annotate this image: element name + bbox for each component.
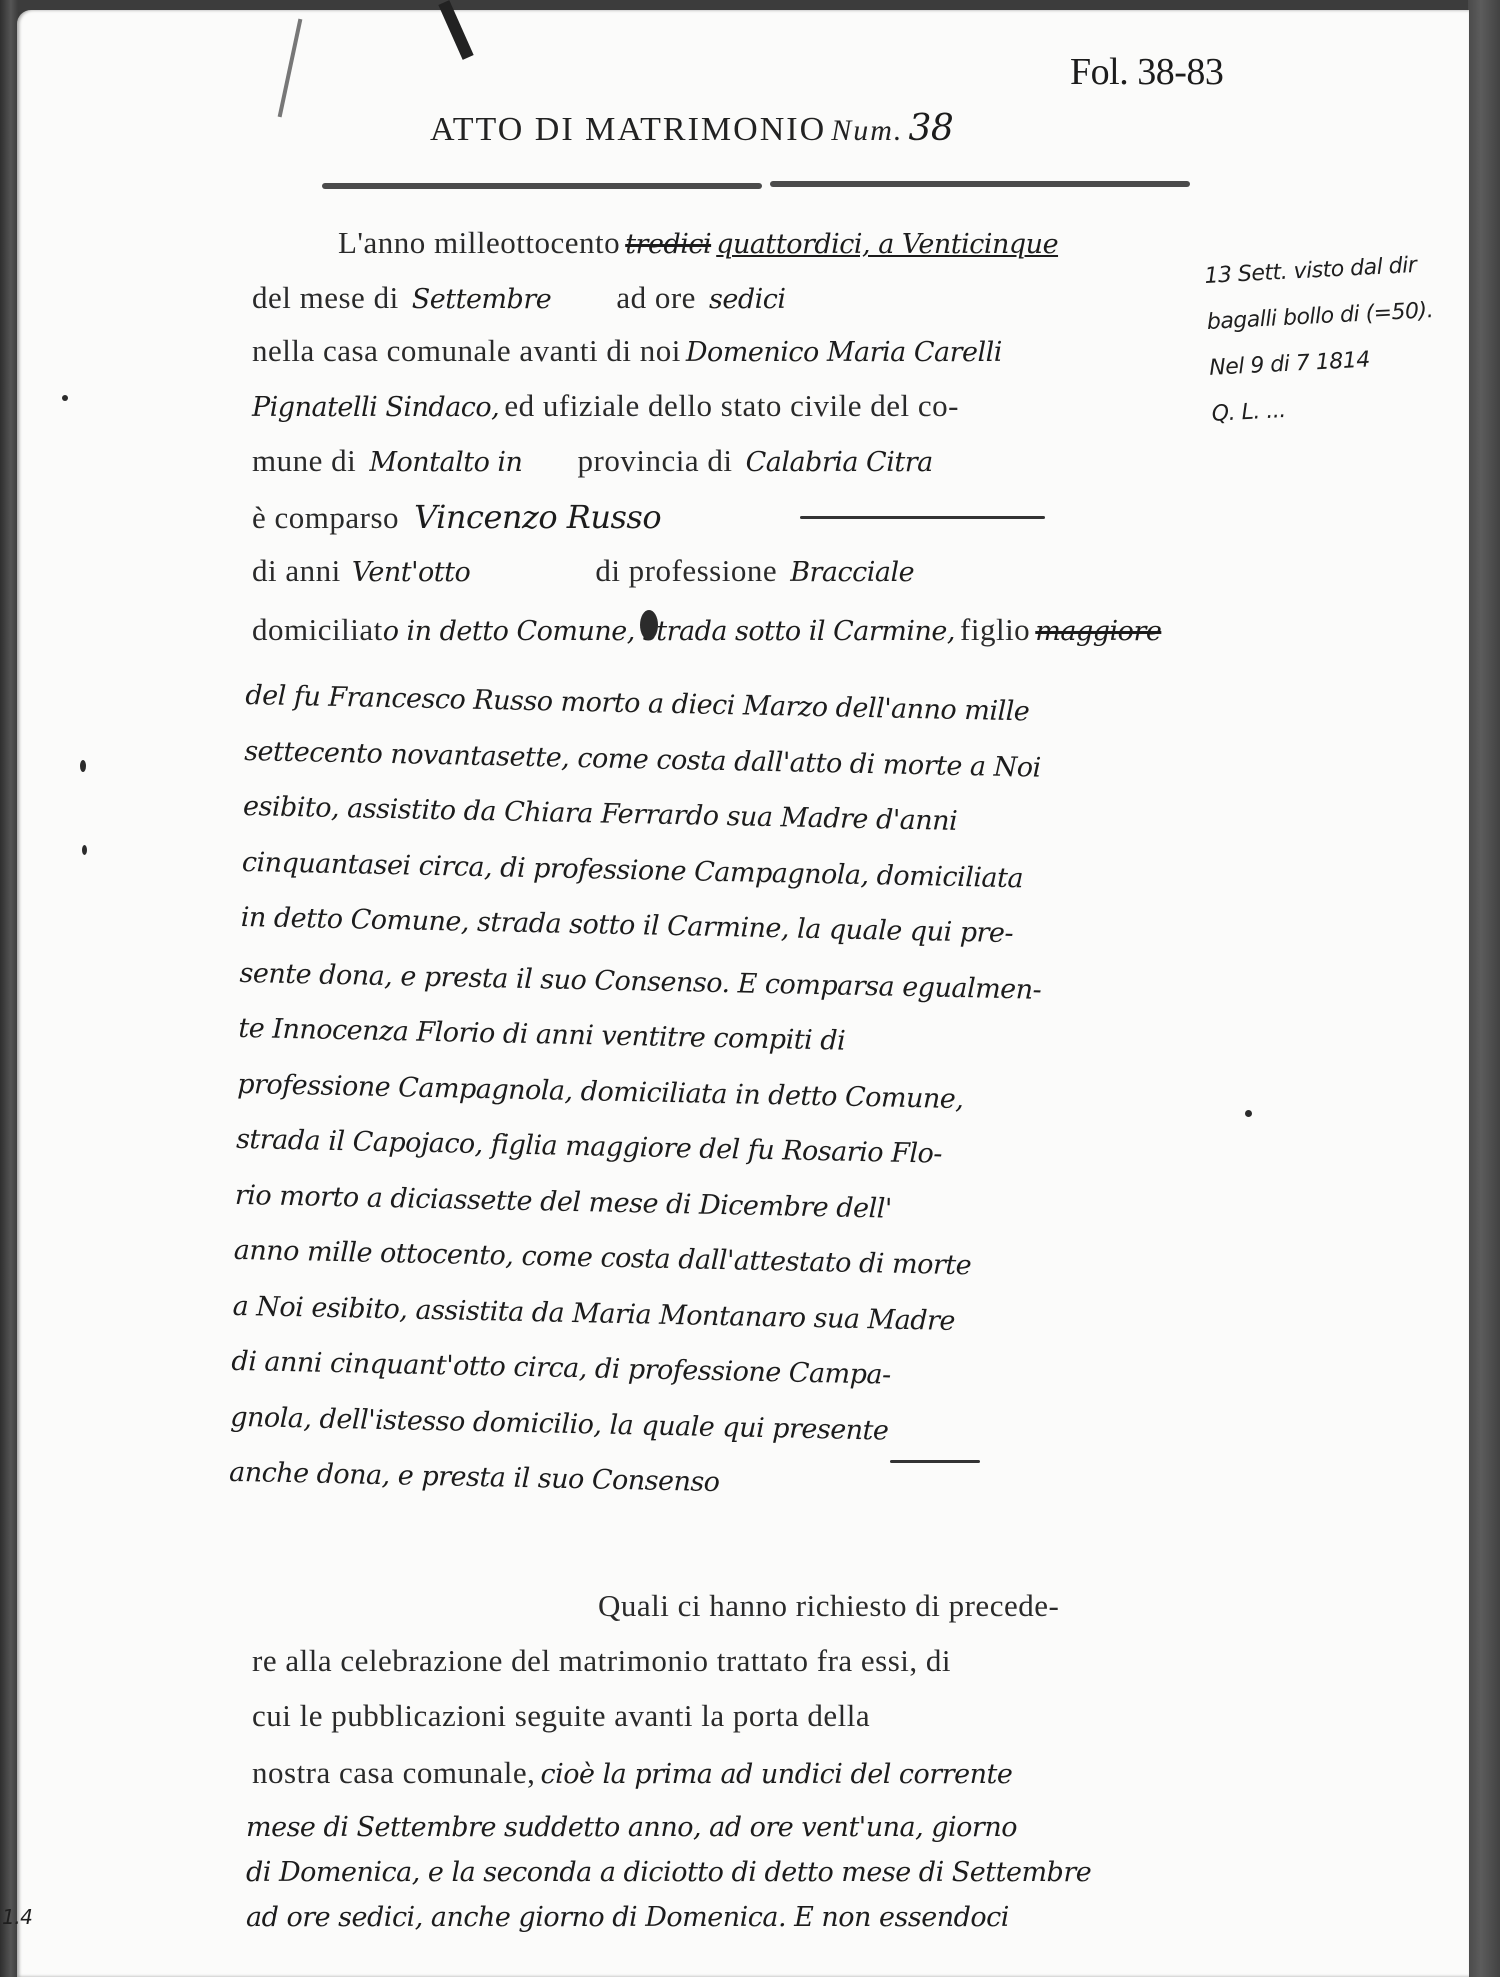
printed-text: è comparso — [252, 500, 399, 535]
ink-dot — [80, 760, 86, 772]
handwritten-text: Bracciale — [790, 557, 914, 588]
title-number-label: Num. — [831, 114, 903, 147]
scan-left-edge — [0, 0, 18, 1977]
handwritten-text: Montalto in — [369, 447, 522, 478]
printed-text: del mese di — [252, 280, 399, 315]
text-line: è comparso Vincenzo Russo — [252, 498, 661, 536]
handwritten-line: di Domenica, e la seconda a diciotto di … — [246, 1850, 1091, 1895]
handwritten-text: Calabria Citra — [746, 447, 933, 478]
left-margin-note: 1.4 — [2, 1905, 32, 1929]
printed-text: nostra casa comunale, — [252, 1755, 535, 1790]
printed-text: figlio — [960, 612, 1030, 647]
printed-text: cui le pubblicazioni seguite avanti la p… — [252, 1698, 870, 1733]
handwritten-text: cioè la prima ad undici del corrente — [540, 1759, 1012, 1790]
handwritten-text: Vent'otto — [352, 557, 470, 588]
text-line: Quali ci hanno richiesto di precede- — [598, 1588, 1059, 1624]
handwritten-text: Pignatelli Sindaco, — [252, 392, 499, 423]
title-rule-right — [770, 181, 1190, 187]
folio-label: Fol. 38-83 — [1070, 51, 1223, 93]
fill-dash — [800, 516, 1045, 519]
handwritten-text: o in detto Comune, strada sotto il Carmi… — [383, 616, 955, 647]
struck-text: maggiore — [1035, 616, 1161, 647]
text-line: nostra casa comunale, cioè la prima ad u… — [252, 1755, 1012, 1791]
text-line: L'anno milleottocento tredici quattordic… — [338, 225, 1058, 261]
printed-text: ed ufiziale dello stato civile del co- — [504, 388, 959, 423]
text-line: Pignatelli Sindaco, ed ufiziale dello st… — [252, 388, 959, 424]
text-line: di anni Vent'otto di professione Braccia… — [252, 553, 914, 589]
text-line: del mese di Settembre ad ore sedici — [252, 280, 786, 316]
printed-text: di professione — [595, 553, 777, 588]
text-line: cui le pubblicazioni seguite avanti la p… — [252, 1698, 870, 1734]
handwritten-text: Settembre — [412, 284, 551, 315]
text-line: domiciliato in detto Comune, strada sott… — [252, 612, 1161, 648]
ink-dot — [82, 845, 87, 855]
margin-note: 13 Sett. visto dal dir bagalli bollo di … — [1203, 242, 1439, 438]
printed-text: provincia di — [578, 443, 733, 478]
handwritten-line: mese di Settembre suddetto anno, ad ore … — [246, 1805, 1091, 1850]
fill-dash — [890, 1460, 980, 1463]
text-line: re alla celebrazione del matrimonio trat… — [252, 1643, 951, 1679]
handwritten-text: sedici — [709, 284, 786, 315]
ink-dot — [1245, 1110, 1252, 1117]
printed-text: domiciliat — [252, 612, 383, 647]
handwritten-body-2: mese di Settembre suddetto anno, ad ore … — [246, 1805, 1091, 1940]
handwritten-body: del fu Francesco Russo morto a dieci Mar… — [229, 668, 1048, 1517]
printed-text: ad ore — [616, 280, 696, 315]
handwritten-text: quattordici, a Venticinque — [716, 229, 1058, 260]
left-margin-text: 1.4 — [2, 1905, 32, 1929]
ink-dot — [62, 395, 68, 401]
document-title: ATTO DI MATRIMONIO Num. 38 — [430, 108, 953, 149]
folio-number: Fol. 38-83 — [1070, 50, 1223, 94]
printed-text: mune di — [252, 443, 356, 478]
struck-text: tredici — [625, 229, 711, 260]
printed-text: L'anno milleottocento — [338, 225, 620, 260]
printed-text: re alla celebrazione del matrimonio trat… — [252, 1643, 951, 1678]
handwritten-text: Vincenzo Russo — [414, 498, 661, 536]
text-line: mune di Montalto in provincia di Calabri… — [252, 443, 933, 479]
text-line: nella casa comunale avanti di noi Domeni… — [252, 333, 1002, 369]
title-printed: ATTO DI MATRIMONIO — [430, 111, 826, 148]
printed-text: di anni — [252, 553, 341, 588]
scan-right-edge — [1468, 0, 1500, 1977]
handwritten-text: Domenico Maria Carelli — [686, 337, 1002, 368]
ink-blot — [640, 610, 658, 640]
title-number: 38 — [909, 108, 954, 149]
printed-text: Quali ci hanno richiesto di precede- — [598, 1588, 1059, 1623]
title-rule-left — [322, 183, 762, 189]
handwritten-line: ad ore sedici, anche giorno di Domenica.… — [246, 1895, 1091, 1940]
printed-text: nella casa comunale avanti di noi — [252, 333, 681, 368]
